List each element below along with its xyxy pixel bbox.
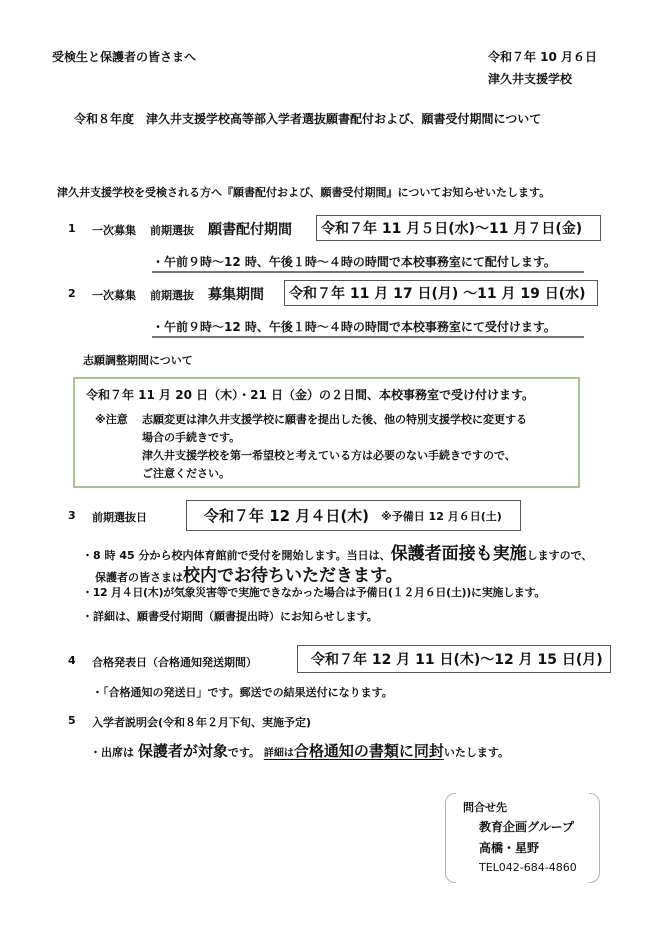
section-1-note: ・午前９時～12 時、午後１時～４時の時間で本校事務室にて配付します。: [152, 253, 584, 273]
adjustment-heading: 志願調整期間について: [83, 352, 193, 368]
section-1-period-box: 令和７年 11 月５日(水)～11 月７日(金): [316, 215, 601, 241]
contact-heading: 問合せ先: [463, 799, 507, 815]
caution-line-3: 津久井支援学校を第一希望校と考えている方は必要のない手続きですので、: [142, 447, 516, 463]
section-3-bullet-3: ・詳細は、願書受付期間（願書提出時）にお知らせします。: [82, 608, 378, 624]
section-1-category: 一次募集: [92, 222, 136, 238]
section-2-label: 募集期間: [208, 284, 264, 304]
section-4-period: 令和７年 12 月 11 日(木)～12 月 15 日(月): [311, 649, 603, 669]
section-3-date-box: 令和７年 12 月４日(木) ※予備日 12 月６日(土): [186, 500, 521, 531]
section-2-period: 令和７年 11 月 17 日(月) ～11 月 19 日(水): [289, 283, 586, 303]
section-2-category: 一次募集: [92, 287, 136, 303]
section-4-label: 合格発表日（合格通知発送期間）: [92, 654, 257, 670]
section-3-number: 3: [68, 509, 76, 522]
contact-tel: TEL042-684-4860: [479, 861, 577, 874]
section-1-number: 1: [68, 222, 76, 235]
caution-line-1: 志願変更は津久井支援学校に願書を提出した後、他の特別支援学校に変更する: [142, 411, 527, 427]
caution-line-4: ご注意ください。: [142, 465, 230, 481]
section-1-selection: 前期選抜: [150, 222, 194, 238]
details-enclosed: 詳細は合格通知の書類に同封: [264, 746, 444, 759]
section-1-label: 願書配付期間: [208, 219, 292, 239]
contact-group: 教育企画グループ: [479, 818, 574, 835]
wait-on-campus-emphasis: 校内でお待ちいただきます。: [183, 566, 403, 586]
section-2-selection: 前期選抜: [150, 287, 194, 303]
caution-label: ※注意: [95, 411, 128, 427]
document-title: 令和８年度 津久井支援学校高等部入学者選抜願書配付および、願書受付期間について: [74, 110, 541, 127]
section-5-number: 5: [68, 714, 76, 727]
caution-line-2: 場合の手続きです。: [142, 429, 240, 445]
section-4-note: ・「合格通知の発送日」です。郵送での結果送付になります。: [92, 684, 393, 700]
section-2-period-box: 令和７年 11 月 17 日(月) ～11 月 19 日(水): [284, 280, 598, 306]
bracket-right: [589, 793, 600, 883]
section-3-label: 前期選抜日: [92, 509, 147, 525]
section-5-note: ・出席は 保護者が対象です。 詳細は合格通知の書類に同封いたします。: [90, 740, 509, 761]
parents-target-emphasis: 保護者が対象: [138, 742, 228, 760]
section-3-bullet-2: ・12 月４日(木)が気象災害等で実施できなかった場合は予備日(１２月６日(土)…: [82, 584, 545, 600]
section-1-period: 令和７年 11 月５日(水)～11 月７日(金): [321, 218, 582, 238]
contact-block: 問合せ先 教育企画グループ 高橋・星野 TEL042-684-4860: [445, 793, 600, 883]
parent-interview-emphasis: 保護者面接も実施: [391, 544, 527, 564]
section-2-number: 2: [68, 287, 76, 300]
section-5-label: 入学者説明会(令和８年２月下旬、実施予定): [92, 714, 311, 730]
bracket-left: [445, 793, 456, 883]
intro-text: 津久井支援学校を受検される方へ『願書配付および、願書受付期間』についてお知らせい…: [57, 184, 550, 200]
issue-date: 令和７年 10 月６日: [488, 48, 597, 65]
adjustment-period: 令和７年 11 月 20 日（木）・21 日（金）の２日間、本校事務室で受け付け…: [86, 386, 534, 403]
section-3-date: 令和７年 12 月４日(木): [204, 505, 369, 526]
section-4-number: 4: [68, 654, 76, 667]
contact-names: 高橋・星野: [479, 839, 539, 856]
section-4-period-box: 令和７年 12 月 11 日(木)～12 月 15 日(月): [297, 645, 611, 673]
section-2-note: ・午前９時～12 時、午後１時～４時の時間で本校事務室にて受付けます。: [152, 318, 584, 338]
recipient-line: 受検生と保護者の皆さまへ: [52, 48, 196, 65]
section-3-reserve: ※予備日 12 月６日(土): [381, 508, 502, 524]
school-name: 津久井支援学校: [488, 70, 572, 87]
section-3-bullet-1-cont: 保護者の皆さまは校内でお待ちいただきます。: [95, 561, 403, 586]
